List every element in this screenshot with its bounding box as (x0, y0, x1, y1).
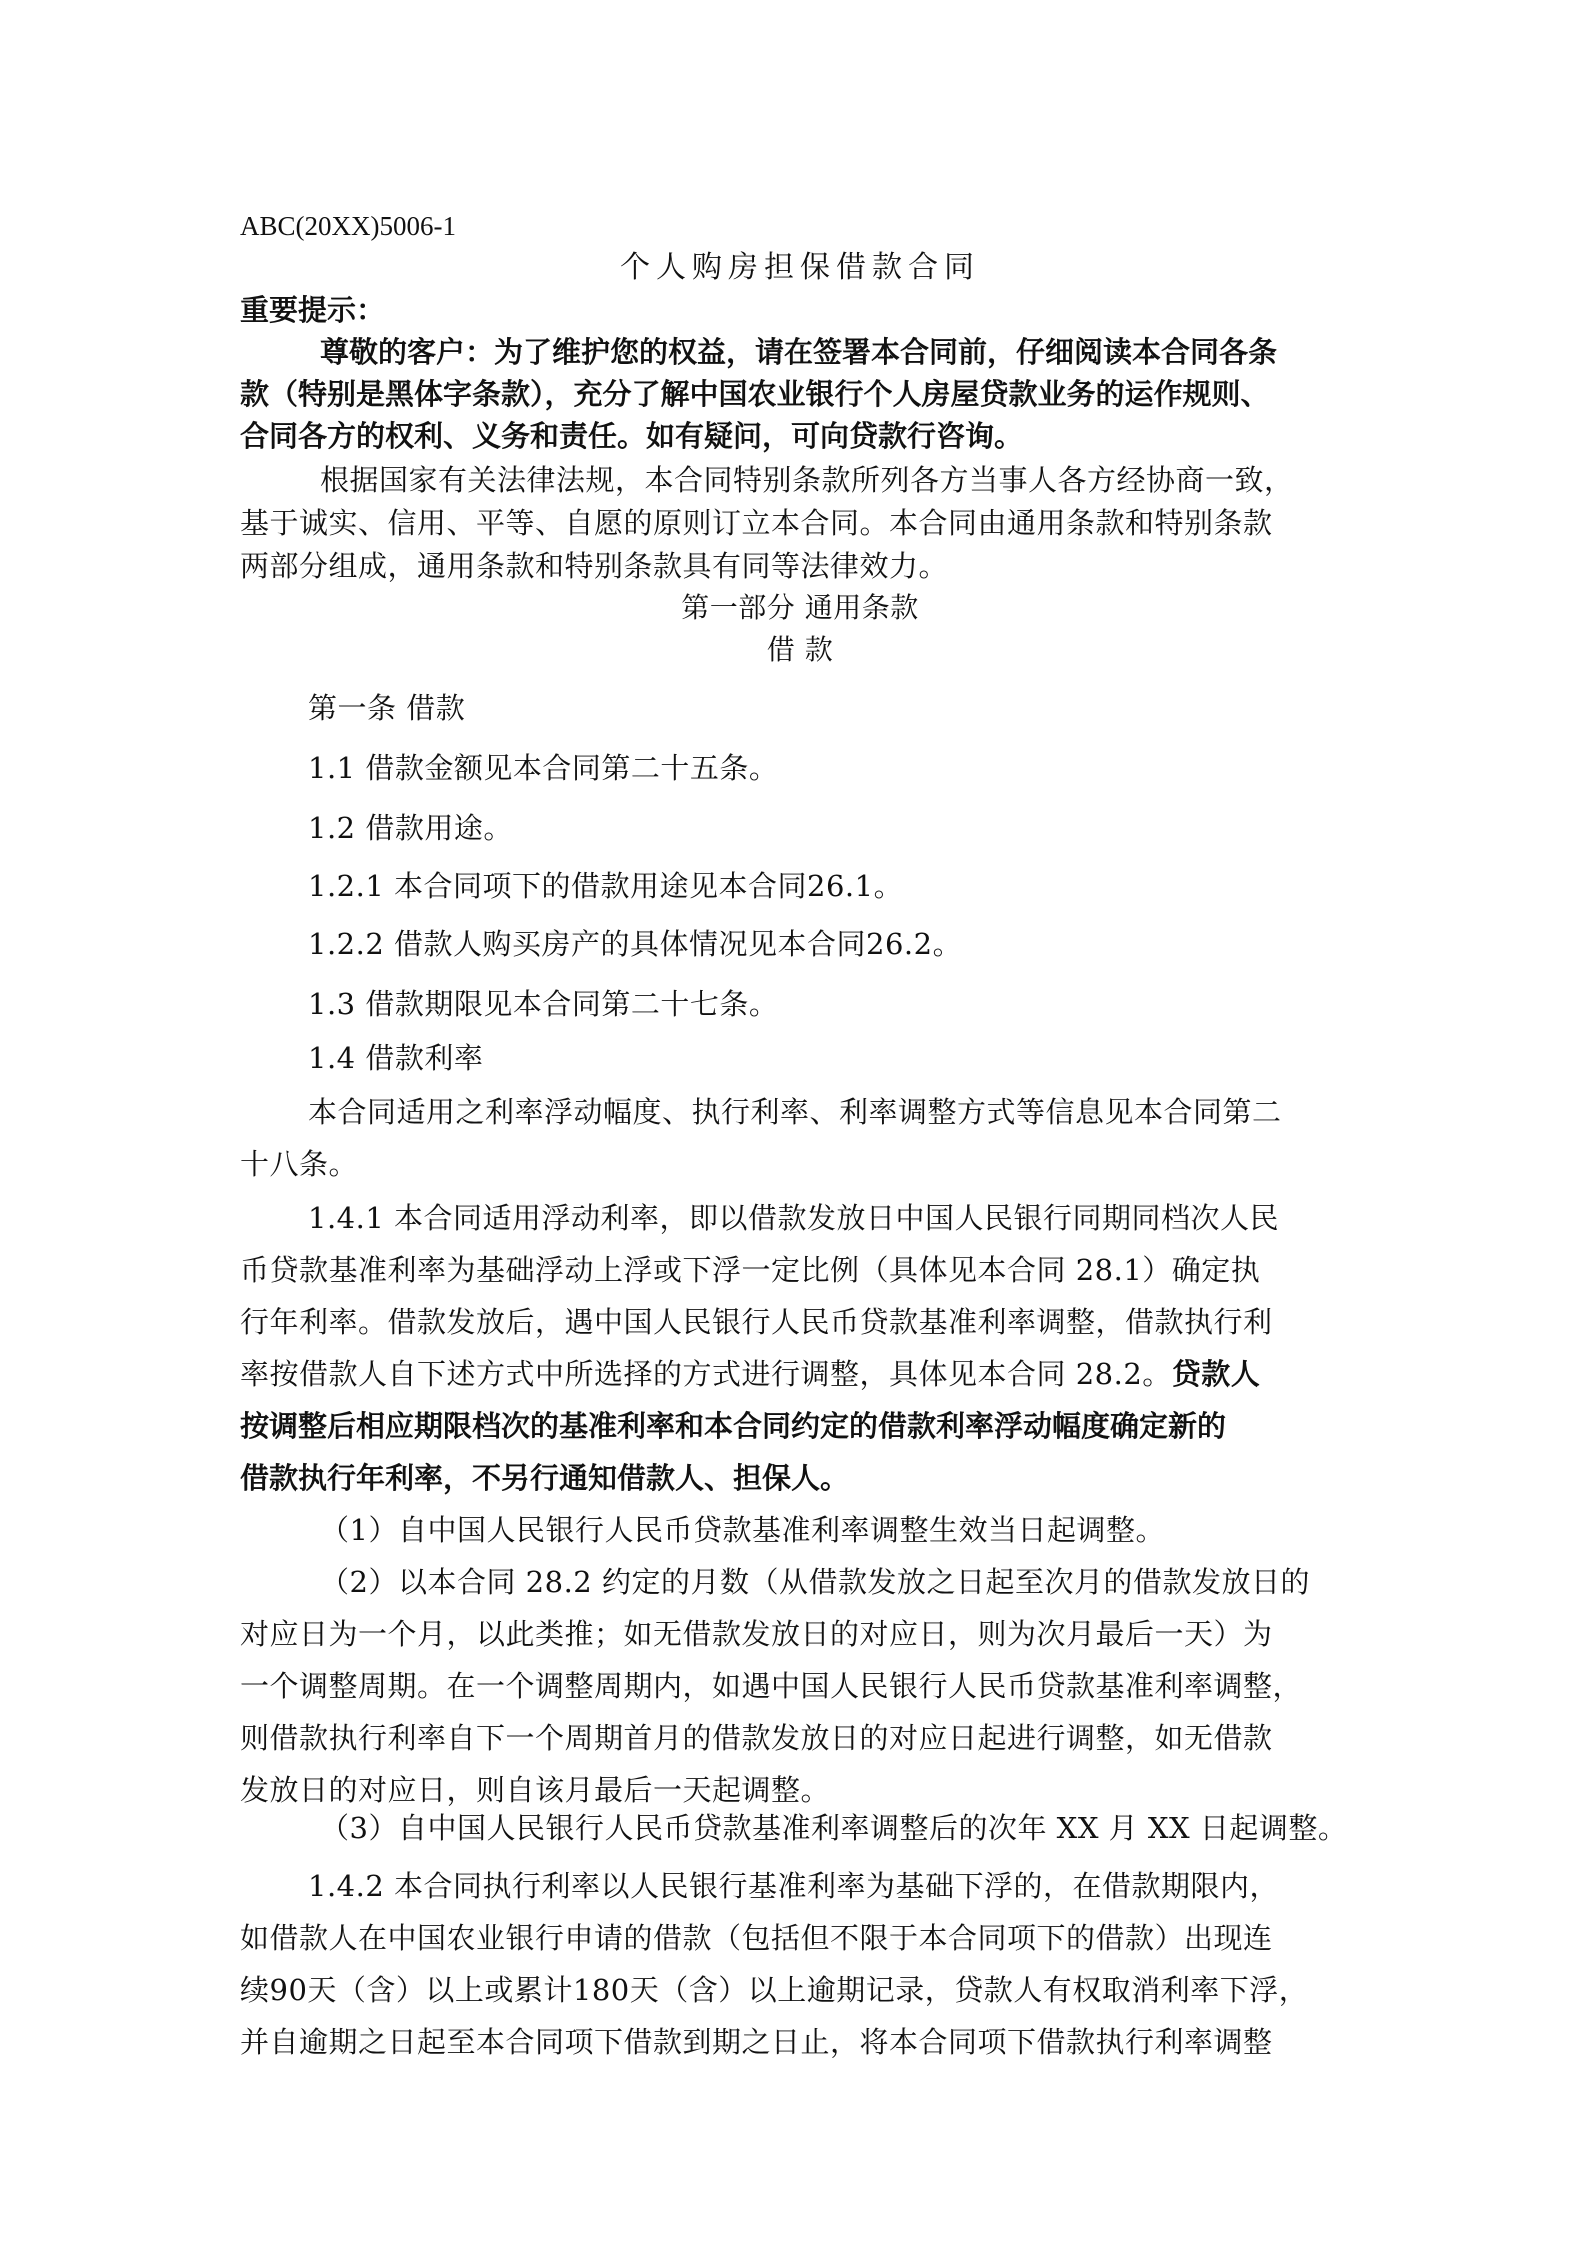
rate-option-3: （3）自中国人民银行人民币贷款基准利率调整后的次年 XX 月 XX 日起调整。 (320, 1810, 1347, 1846)
clause-1-4-2-line: 1.4.2 本合同执行利率以人民银行基准利率为基础下浮的，在借款期限内， (308, 1868, 1279, 1904)
section-heading: 借 款 (240, 632, 1360, 668)
rate-option-2-line: 对应日为一个月，以此类推；如无借款发放日的对应日，则为次月最后一天）为 (240, 1616, 1273, 1652)
clause-1-4-intro-line: 本合同适用之利率浮动幅度、执行利率、利率调整方式等信息见本合同第二 (308, 1094, 1282, 1130)
notice-line: 合同各方的权利、义务和责任。如有疑问，可向贷款行咨询。 (240, 418, 1023, 454)
clause-1-4-1-line: 行年利率。借款发放后，遇中国人民银行人民币贷款基准利率调整，借款执行利 (240, 1304, 1273, 1340)
clause-1-4-2-line: 续90天（含）以上或累计180天（含）以上逾期记录，贷款人有权取消利率下浮， (240, 1972, 1308, 2008)
rate-option-1: （1）自中国人民银行人民币贷款基准利率调整生效当日起调整。 (320, 1512, 1165, 1548)
clause-1-2-2: 1.2.2 借款人购买房产的具体情况见本合同26.2。 (308, 926, 962, 962)
article-heading: 第一条 借款 (308, 690, 465, 726)
document-code: ABC(20XX)5006-1 (240, 208, 456, 244)
notice-label: 重要提示： (240, 292, 385, 328)
notice-line: 尊敬的客户：为了维护您的权益，请在签署本合同前，仔细阅读本合同各条 (320, 334, 1277, 370)
clause-1-4-intro-line: 十八条。 (240, 1146, 358, 1182)
notice-line: 款（特别是黑体字条款），充分了解中国农业银行个人房屋贷款业务的运作规则、 (240, 376, 1270, 412)
clause-1-4-1-bold-line: 借款执行年利率，不另行通知借款人、担保人。 (240, 1460, 849, 1496)
clause-1-4-2-line: 如借款人在中国农业银行申请的借款（包括但不限于本合同项下的借款）出现连 (240, 1920, 1273, 1956)
clause-1-1: 1.1 借款金额见本合同第二十五条。 (308, 750, 778, 786)
clause-1-4: 1.4 借款利率 (308, 1040, 483, 1076)
clause-1-4-1-line: 币贷款基准利率为基础浮动上浮或下浮一定比例（具体见本合同 28.1）确定执 (240, 1252, 1260, 1288)
clause-1-4-2-line: 并自逾期之日起至本合同项下借款到期之日止，将本合同项下借款执行利率调整 (240, 2024, 1273, 2060)
clause-1-4-1-line: 率按借款人自下述方式中所选择的方式进行调整，具体见本合同 28.2。贷款人 (240, 1356, 1260, 1392)
clause-1-4-1-line: 1.4.1 本合同适用浮动利率，即以借款发放日中国人民银行同期同档次人民 (308, 1200, 1279, 1236)
rate-option-2-line: 一个调整周期。在一个调整周期内，如遇中国人民银行人民币贷款基准利率调整， (240, 1668, 1302, 1704)
preamble-line: 基于诚实、信用、平等、自愿的原则订立本合同。本合同由通用条款和特别条款 (240, 505, 1273, 541)
clause-1-4-1-bold-text: 贷款人 (1172, 1357, 1261, 1391)
clause-1-4-1-normal-text: 率按借款人自下述方式中所选择的方式进行调整，具体见本合同 28.2。 (240, 1357, 1172, 1391)
rate-option-2-line: 则借款执行利率自下一个周期首月的借款发放日的对应日起进行调整，如无借款 (240, 1720, 1273, 1756)
clause-1-2: 1.2 借款用途。 (308, 810, 513, 846)
clause-1-3: 1.3 借款期限见本合同第二十七条。 (308, 986, 778, 1022)
rate-option-2-line: 发放日的对应日，则自该月最后一天起调整。 (240, 1772, 830, 1808)
preamble-line: 两部分组成，通用条款和特别条款具有同等法律效力。 (240, 548, 948, 584)
preamble-line: 根据国家有关法律法规，本合同特别条款所列各方当事人各方经协商一致， (320, 462, 1294, 498)
clause-1-2-1: 1.2.1 本合同项下的借款用途见本合同26.1。 (308, 868, 903, 904)
rate-option-2-line: （2）以本合同 28.2 约定的月数（从借款发放之日起至次月的借款发放日的 (320, 1564, 1310, 1600)
clause-1-4-1-bold-line: 按调整后相应期限档次的基准利率和本合同约定的借款利率浮动幅度确定新的 (240, 1408, 1226, 1444)
document-title: 个人购房担保借款合同 (240, 250, 1360, 286)
part-heading: 第一部分 通用条款 (240, 590, 1360, 626)
